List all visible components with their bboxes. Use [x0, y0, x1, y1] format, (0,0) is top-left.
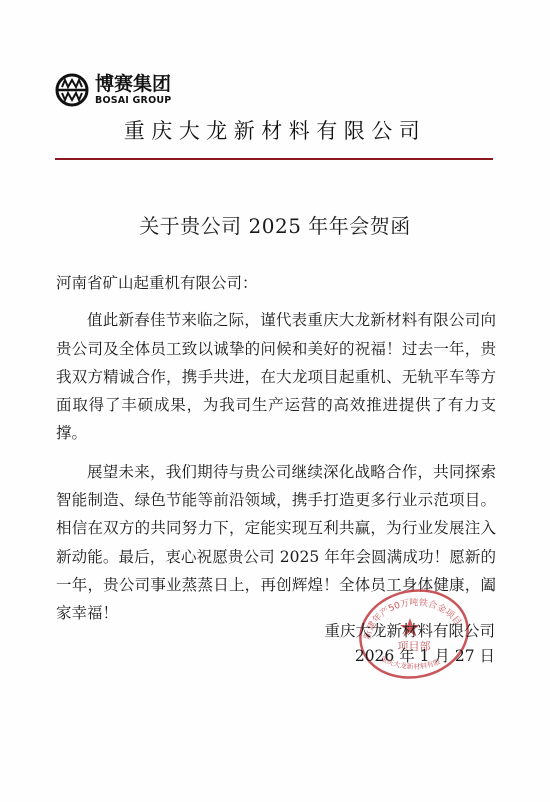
logo-chinese-name: 博赛集团	[95, 75, 171, 94]
signature-block: 重庆大龙新材料有限公司 2026 年 1 月 27 日	[324, 619, 495, 669]
letter-body: 河南省矿山起重机有限公司： 值此新春佳节来临之际，谨代表重庆大龙新材料有限公司向…	[56, 269, 496, 628]
letterhead-company-name: 重庆大龙新材料有限公司	[0, 115, 550, 145]
signature-date: 2026 年 1 月 27 日	[324, 644, 495, 669]
paragraph: 值此新春佳节来临之际，谨代表重庆大龙新材料有限公司向贵公司及全体员工致以诚挚的问…	[56, 306, 496, 447]
document-title: 关于贵公司 2025 年年会贺函	[0, 210, 550, 239]
company-logo: 博赛集团 BOSAI GROUP	[55, 72, 171, 108]
signature-company: 重庆大龙新材料有限公司	[324, 619, 495, 644]
bosai-logo-icon	[55, 73, 89, 107]
salutation: 河南省矿山起重机有限公司：	[56, 269, 496, 297]
letterhead-divider	[55, 158, 493, 160]
logo-english-name: BOSAI GROUP	[95, 96, 171, 106]
